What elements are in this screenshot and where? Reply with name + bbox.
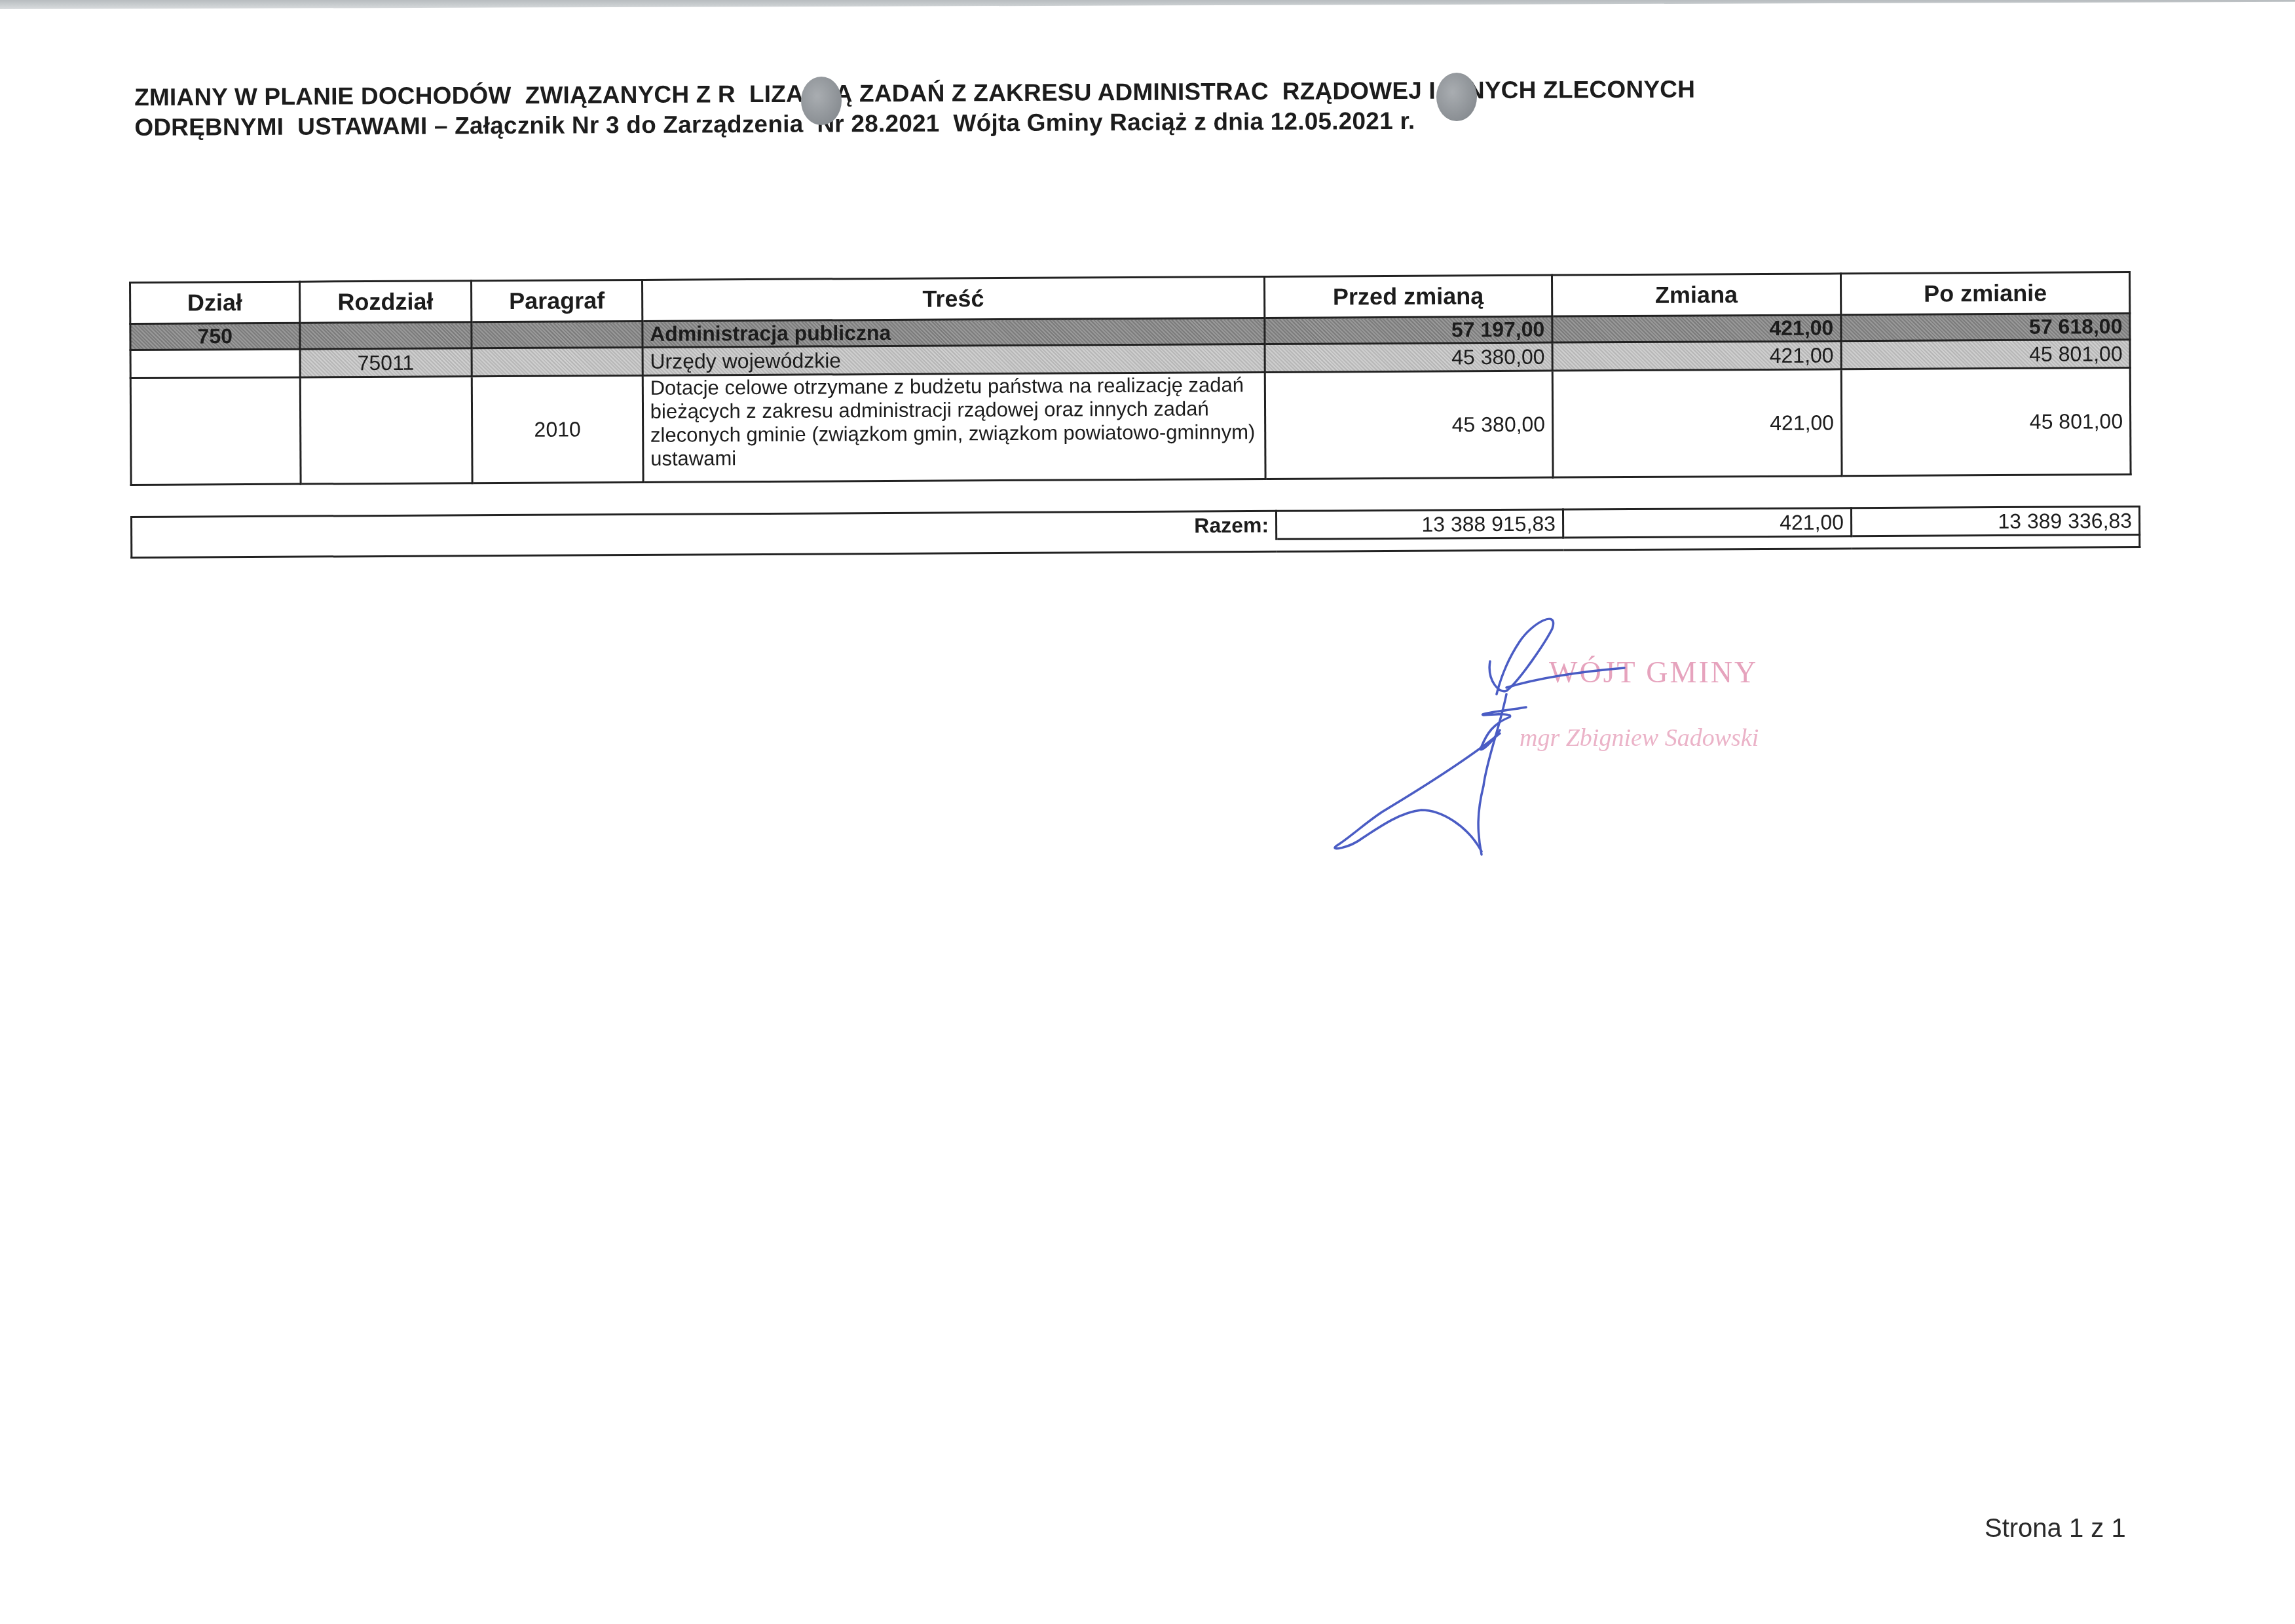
header-rozdzial: Rozdział — [299, 281, 472, 323]
cell-dzial — [130, 349, 300, 378]
table-row-paragraf: 2010 Dotacje celowe otrzymane z budżetu … — [130, 368, 2131, 485]
cell-paragraf — [472, 321, 643, 348]
total-table-container: Razem: 13 388 915,83 421,00 13 389 336,8… — [130, 506, 2132, 559]
redaction-mark — [1436, 73, 1477, 121]
total-po: 13 389 336,83 — [1851, 506, 2139, 536]
header-po-zmianie: Po zmianie — [1840, 272, 2129, 315]
cell-dzial: 750 — [130, 323, 300, 350]
cell-zmiana: 421,00 — [1552, 341, 1841, 371]
page-number: Strona 1 z 1 — [1985, 1514, 2126, 1543]
header-dzial: Dział — [130, 282, 300, 323]
cell-rozdzial — [299, 322, 472, 349]
cell-przed: 45 380,00 — [1265, 342, 1552, 372]
scan-edge-shadow — [0, 0, 2295, 9]
cell-dzial — [130, 377, 300, 485]
cell-zmiana: 421,00 — [1552, 315, 1841, 342]
cell-tresc: Administracja publiczna — [643, 318, 1265, 347]
cell-przed: 57 197,00 — [1265, 316, 1552, 344]
total-table: Razem: 13 388 915,83 421,00 13 389 336,8… — [130, 506, 2140, 559]
total-zmiana: 421,00 — [1563, 508, 1851, 538]
cell-tresc: Urzędy wojewódzkie — [643, 344, 1265, 375]
cell-tresc: Dotacje celowe otrzymane z budżetu państ… — [643, 372, 1265, 482]
header-zmiana: Zmiana — [1552, 274, 1840, 316]
header-przed-zmiana: Przed zmianą — [1264, 275, 1552, 318]
cell-po: 57 618,00 — [1841, 314, 2130, 341]
cell-po: 45 801,00 — [1841, 368, 2131, 476]
header-tresc: Treść — [642, 276, 1264, 321]
cell-zmiana: 421,00 — [1552, 369, 1842, 477]
cell-paragraf — [472, 347, 643, 376]
cell-przed: 45 380,00 — [1265, 371, 1553, 479]
cell-rozdzial: 75011 — [300, 348, 472, 377]
signature-icon — [1310, 616, 1939, 877]
cell-po: 45 801,00 — [1841, 340, 2130, 369]
redaction-mark — [801, 77, 842, 125]
budget-table: Dział Rozdział Paragraf Treść Przed zmia… — [129, 271, 2132, 486]
budget-table-container: Dział Rozdział Paragraf Treść Przed zmia… — [129, 271, 2132, 486]
cell-rozdzial — [300, 377, 472, 484]
header-paragraf: Paragraf — [472, 280, 643, 322]
document-title: ZMIANY W PLANIE DOCHODÓW ZWIĄZANYCH Z R … — [134, 73, 2034, 143]
cell-paragraf: 2010 — [472, 375, 643, 483]
total-przed: 13 388 915,83 — [1276, 509, 1563, 539]
